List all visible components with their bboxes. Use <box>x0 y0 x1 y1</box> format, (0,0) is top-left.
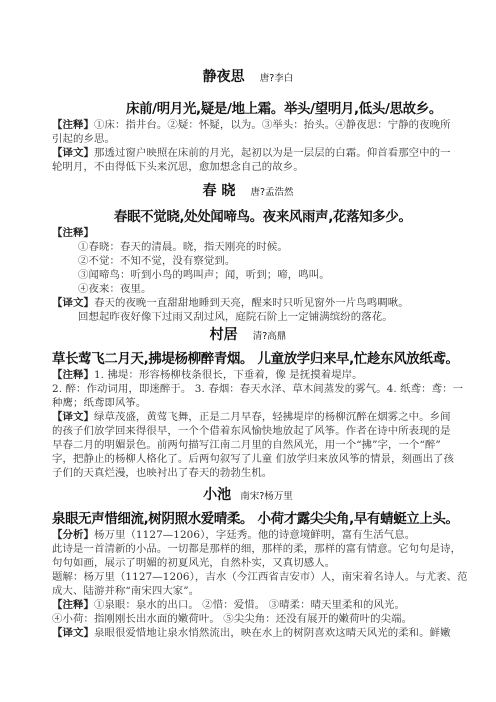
poem-title: 静夜思 <box>203 69 245 85</box>
analysis-line: 题解：杨万里（1127—1206），吉水（今江西省吉安市）人，南宋着名诗人。与尤… <box>52 570 438 584</box>
poem-author: 清?高鼎 <box>253 331 287 342</box>
translation-line: 【译文】春天的夜晚一直甜甜地睡到天亮，醒来时只听见窗外一片鸟鸣啁啾。 <box>52 296 438 310</box>
translation-line: 字，把静止的杨柳人格化了。后两句叙写了儿童 们放学归来放风筝的情景，刻画出了孩 <box>52 452 438 466</box>
notes-line: ④小荷：指刚刚长出水面的嫩荷叶。 ⑤尖尖角：还没有展开的嫩荷叶的尖端。 <box>52 612 438 626</box>
poem-title-block: 村居 清?高鼎 <box>0 324 496 344</box>
notes-line: 种鹰；纸鸢即风筝。 <box>52 396 438 410</box>
notes-line: 【注释】①泉眼：泉水的出口。 ②惜：爱惜。 ③晴柔：晴天里柔和的风光。 <box>52 598 438 612</box>
poem-author: 唐?孟浩然 <box>250 187 293 198</box>
notes-line: ③闻啼鸟：听到小鸟的鸣叫声；闻，听到；啼，鸣叫。 <box>78 268 464 282</box>
notes-line: 【注释】①床：指井台。②疑：怀疑，以为。③举头：抬头。④静夜思：宁静的夜晚所 <box>52 118 438 132</box>
analysis-line: 【分析】杨万里（1127—1206），字廷秀。他的诗意境鲜明，富有生活气息。 <box>52 528 438 542</box>
translation-line: 【译文】绿草茂盛，黄莺飞舞，正是二月早春，轻拂堤岸的杨柳沉醉在烟雾之中。乡间 <box>52 410 438 424</box>
translation-line: 轮明月，不由得低下头来沉思，愈加想念自己的故乡。 <box>52 160 438 174</box>
notes-label: 【注释】 <box>52 369 94 381</box>
poem-lines: 草长莺飞二月天,拂堤杨柳醉青烟。 儿童放学归来早,忙趁东风放纸鸢。 <box>52 348 459 367</box>
poem-title: 春 晓 <box>202 183 235 199</box>
poem-title-block: 小池 南宋?杨万里 <box>0 484 496 504</box>
notes-label: 【注释】 <box>52 119 94 131</box>
notes-line: 2. 醉：作动词用，即迷醉于。 3. 春烟：春天水泽、草木间蒸发的雾气。4. 纸… <box>52 382 438 396</box>
translation-label: 【译文】 <box>52 297 94 309</box>
translation-line: 回想起昨夜好像下过雨又刮过风，庭院石阶上一定铺满缤纷的落花。 <box>78 310 464 324</box>
poem-lines: 床前/明月光,疑是/地上霜。举头/望明月,低头/思故乡。 <box>126 98 442 117</box>
notes-line: 引起的乡思。 <box>52 132 438 146</box>
translation-line: 子们的天真烂漫，也映衬出了春天的勃勃生机。 <box>52 466 438 480</box>
poem-author: 唐?李白 <box>260 73 294 84</box>
notes-line: ②不觉：不知不觉，没有察觉到。 <box>78 254 464 268</box>
translation-line: 【译文】那透过窗户映照在床前的月光，起初以为是一层层的白霜。仰首看那空中的一 <box>52 146 438 160</box>
translation-line: 的孩子们放学回来得很早，一个个借着东风愉快地放起了风筝。作者在诗中所表现的是 <box>52 424 438 438</box>
analysis-line: 句句如画，展示了明媚的初夏风光，自然朴实，又真切感人。 <box>52 556 438 570</box>
notes-line: ①春晓：春天的清晨。晓，指天刚亮的时候。 <box>78 240 464 254</box>
poem-title-block: 春 晓 唐?孟浩然 <box>0 180 496 200</box>
translation-label: 【译文】 <box>52 147 94 159</box>
analysis-label: 【分析】 <box>52 529 94 541</box>
document-page: 静夜思 唐?李白 床前/明月光,疑是/地上霜。举头/望明月,低头/思故乡。 【注… <box>0 0 496 702</box>
analysis-line: 成大、陆游并称“南宋四大家”。 <box>52 584 438 598</box>
poem-lines: 泉眼无声惜细流,树阴照水爱晴柔。 小荷才露尖尖角,早有蜻蜓立上头。 <box>52 508 459 527</box>
poem-title-block: 静夜思 唐?李白 <box>0 66 496 86</box>
translation-label: 【译文】 <box>52 627 94 639</box>
notes-label: 【注释】 <box>52 226 438 240</box>
notes-label: 【注释】 <box>52 599 94 611</box>
translation-line: 【译文】泉眼很爱惜地让泉水悄然流出，映在水上的树阴喜欢这晴天风光的柔和。鲜嫩 <box>52 626 438 640</box>
translation-label: 【译文】 <box>52 411 94 423</box>
poem-title: 村居 <box>210 327 238 343</box>
poem-author: 南宋?杨万里 <box>240 491 293 502</box>
poem-lines: 春眠不觉晓,处处闻啼鸟。夜来风雨声,花落知多少。 <box>114 206 412 225</box>
analysis-line: 此诗是一首清新的小品。一切都是那样的细，那样的柔，那样的富有情意。它句句是诗， <box>52 542 438 556</box>
notes-line: 【注释】1. 拂堤：形容杨柳枝条很长，下垂着，像 是抚摸着堤岸。 <box>52 368 438 382</box>
poem-title: 小池 <box>203 487 231 503</box>
notes-line: ④夜来：夜里。 <box>78 282 464 296</box>
translation-line: 早春二月的明媚景色。前两句描写江南二月里的自然风光，用一个“拂”字，一个“醉” <box>52 438 438 452</box>
